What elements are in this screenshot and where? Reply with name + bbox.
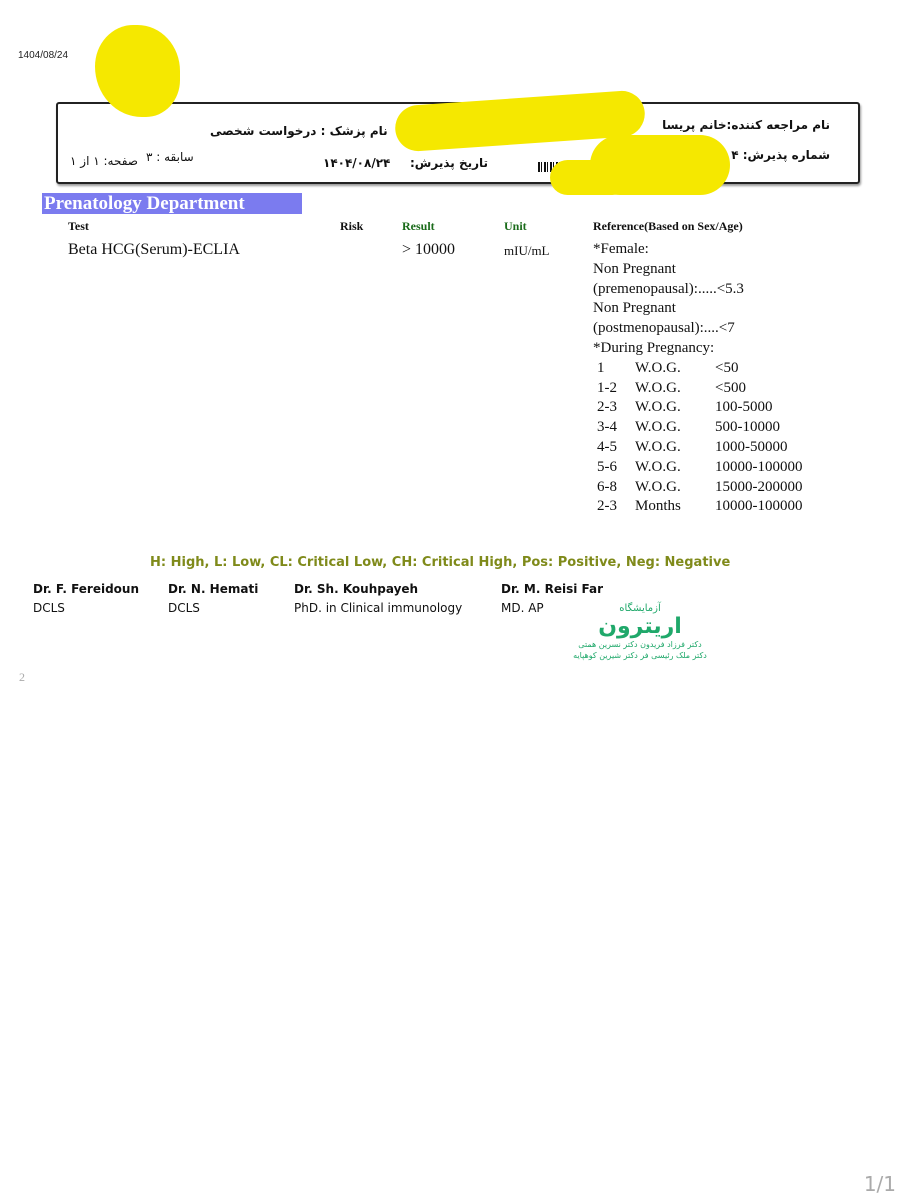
flag-legend: H: High, L: Low, CL: Critical Low, CH: C…	[150, 555, 730, 570]
pregnancy-range-row: 4-5W.O.G.1000-50000	[593, 438, 803, 458]
doctor-title: PhD. in Clinical immunology	[294, 599, 462, 618]
pregnancy-range-row: 6-8W.O.G.15000-200000	[593, 478, 803, 498]
range-range: 500-10000	[715, 418, 780, 438]
range-period: 4-5	[593, 438, 635, 458]
col-unit: Unit	[504, 219, 527, 234]
pregnancy-range-row: 1W.O.G.<50	[593, 359, 803, 379]
range-period: 1-2	[593, 379, 635, 399]
print-date: 1404/08/24	[18, 50, 68, 61]
ref-line: (premenopausal):.....<5.3	[593, 280, 803, 300]
ref-line: Non Pregnant	[593, 260, 803, 280]
pregnancy-range-row: 2-3Months10000-100000	[593, 497, 803, 517]
range-unit: W.O.G.	[635, 398, 715, 418]
col-result: Result	[402, 219, 435, 234]
range-unit: W.O.G.	[635, 438, 715, 458]
doctor-name: Dr. Sh. Kouhpayeh	[294, 580, 462, 599]
ref-line: Non Pregnant	[593, 299, 803, 319]
stamp-line: آزمایشگاه	[555, 603, 725, 614]
doctor-name: Dr. F. Fereidoun	[33, 580, 139, 599]
test-result: > 10000	[402, 241, 455, 259]
test-name: Beta HCG(Serum)-ECLIA	[68, 241, 240, 259]
doctor-signature: Dr. N. Hemati DCLS	[168, 580, 258, 618]
ref-line: *Female:	[593, 240, 803, 260]
range-range: 10000-100000	[715, 497, 803, 517]
range-unit: Months	[635, 497, 715, 517]
test-unit: mIU/mL	[504, 243, 550, 259]
doctor-name: Dr. N. Hemati	[168, 580, 258, 599]
doctor-name: نام پزشک : درخواست شخصی	[210, 124, 388, 138]
reception-date-label: تاریخ پذیرش:	[410, 156, 488, 170]
doctor-title: DCLS	[168, 599, 258, 618]
redaction-mark	[550, 160, 630, 195]
stamp-line: دکتر فرزاد فریدون دکتر نسرین همتی	[555, 639, 725, 650]
range-range: 10000-100000	[715, 458, 803, 478]
pregnancy-range-row: 1-2W.O.G.<500	[593, 379, 803, 399]
doctor-signature: Dr. Sh. Kouhpayeh PhD. in Clinical immun…	[294, 580, 462, 618]
page-info: صفحه: ۱ از ۱	[70, 154, 138, 168]
page-number: 2	[19, 670, 25, 685]
range-range: 15000-200000	[715, 478, 803, 498]
col-test: Test	[68, 219, 89, 234]
pregnancy-ranges: 1W.O.G.<501-2W.O.G.<5002-3W.O.G.100-5000…	[593, 359, 803, 517]
ref-line: *During Pregnancy:	[593, 339, 803, 359]
range-unit: W.O.G.	[635, 418, 715, 438]
col-risk: Risk	[340, 219, 363, 234]
patient-name: نام مراجعه کننده:خانم پریسا	[662, 118, 830, 132]
pregnancy-range-row: 3-4W.O.G.500-10000	[593, 418, 803, 438]
range-range: 1000-50000	[715, 438, 788, 458]
range-range: <500	[715, 379, 746, 399]
pregnancy-range-row: 5-6W.O.G.10000-100000	[593, 458, 803, 478]
range-period: 2-3	[593, 497, 635, 517]
ref-line: (postmenopausal):....<7	[593, 319, 803, 339]
stamp-lab-name: اریترون	[555, 614, 725, 639]
range-unit: W.O.G.	[635, 359, 715, 379]
range-unit: W.O.G.	[635, 478, 715, 498]
reception-number: شماره پذیرش: ۴	[731, 148, 830, 162]
history: سابقه : ۳	[146, 150, 194, 164]
range-range: <50	[715, 359, 738, 379]
range-period: 3-4	[593, 418, 635, 438]
range-unit: W.O.G.	[635, 458, 715, 478]
col-reference: Reference(Based on Sex/Age)	[593, 219, 743, 234]
pregnancy-range-row: 2-3W.O.G.100-5000	[593, 398, 803, 418]
range-period: 1	[593, 359, 635, 379]
range-period: 6-8	[593, 478, 635, 498]
doctor-signature: Dr. F. Fereidoun DCLS	[33, 580, 139, 618]
range-unit: W.O.G.	[635, 379, 715, 399]
lab-stamp-logo: آزمایشگاه اریترون دکتر فرزاد فریدون دکتر…	[555, 603, 725, 683]
reference-range: *Female: Non Pregnant (premenopausal):..…	[593, 240, 803, 517]
range-period: 5-6	[593, 458, 635, 478]
reception-date: ۱۴۰۴/۰۸/۲۴	[323, 156, 390, 170]
stamp-line: دکتر ملک رئیسی فر دکتر شیرین کوهپایه	[555, 650, 725, 661]
range-period: 2-3	[593, 398, 635, 418]
range-range: 100-5000	[715, 398, 773, 418]
department-title: Prenatology Department	[42, 193, 302, 214]
viewer-page-indicator: 1/1	[864, 1172, 896, 1196]
doctor-name: Dr. M. Reisi Far	[501, 580, 603, 599]
doctor-title: DCLS	[33, 599, 139, 618]
